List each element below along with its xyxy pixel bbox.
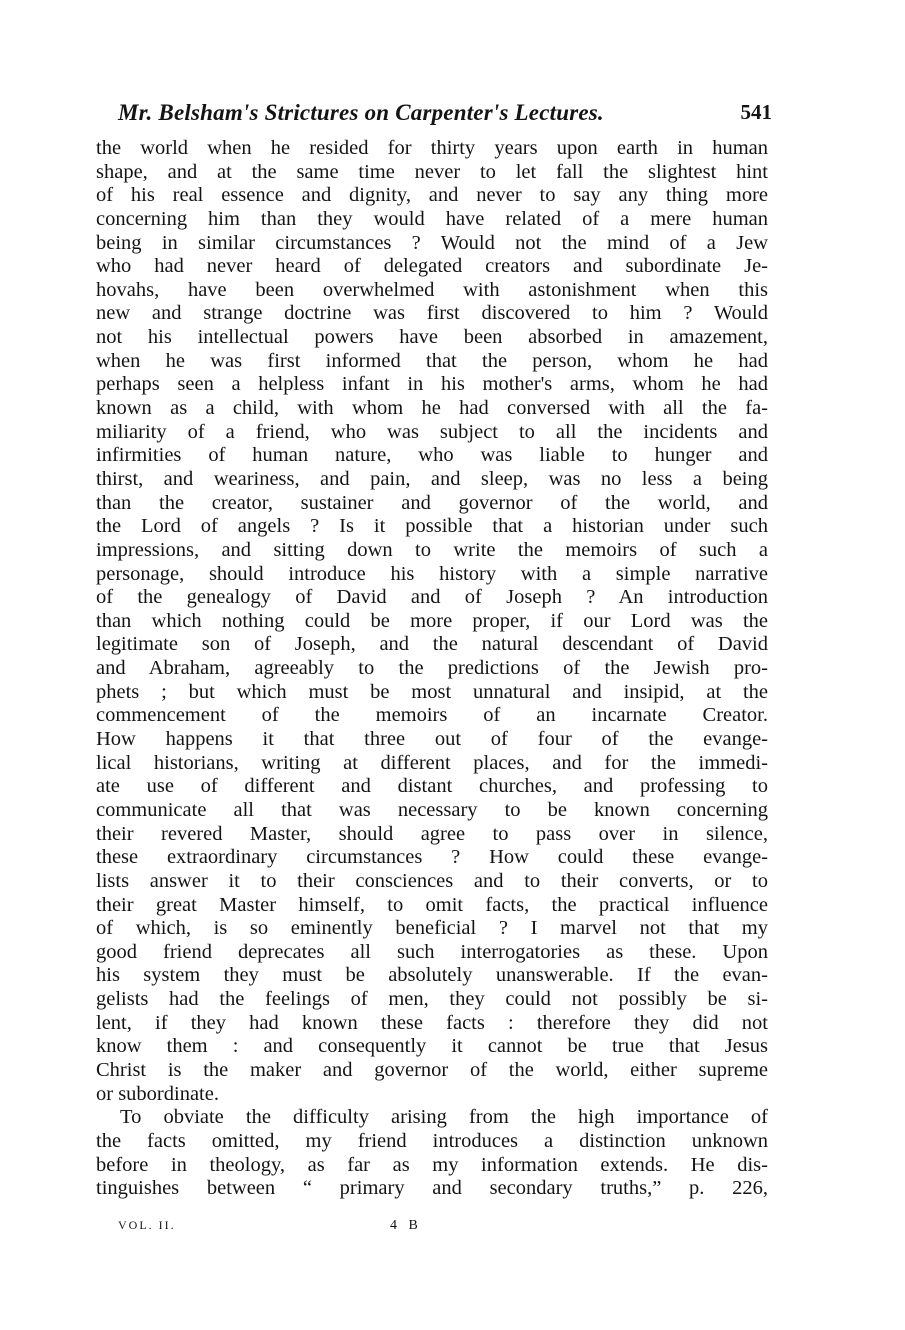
text-line: not his intellectual powers have been ab… xyxy=(96,326,768,350)
page-footer: VOL. II. 4 B xyxy=(118,1218,478,1238)
text-line: known as a child, with whom he had conve… xyxy=(96,397,768,421)
text-line: his system they must be absolutely unans… xyxy=(96,964,768,988)
text-line: than the creator, sustainer and governor… xyxy=(96,492,768,516)
text-line: being in similar circumstances ? Would n… xyxy=(96,232,768,256)
text-line: concerning him than they would have rela… xyxy=(96,208,768,232)
text-line: To obviate the difficulty arising from t… xyxy=(96,1106,768,1130)
text-line: How happens it that three out of four of… xyxy=(96,728,768,752)
book-page: Mr. Belsham's Strictures on Carpenter's … xyxy=(0,0,905,1330)
text-line: the Lord of angels ? Is it possible that… xyxy=(96,515,768,539)
text-line: commencement of the memoirs of an incarn… xyxy=(96,704,768,728)
text-line: their great Master himself, to omit fact… xyxy=(96,894,768,918)
text-line: personage, should introduce his history … xyxy=(96,563,768,587)
text-line: good friend deprecates all such interrog… xyxy=(96,941,768,965)
text-line: Christ is the maker and governor of the … xyxy=(96,1059,768,1083)
text-line: shape, and at the same time never to let… xyxy=(96,161,768,185)
text-line: know them : and consequently it cannot b… xyxy=(96,1035,768,1059)
paragraph-2: To obviate the difficulty arising from t… xyxy=(96,1106,768,1201)
volume-signature: VOL. II. xyxy=(118,1218,176,1233)
text-line: when he was first informed that the pers… xyxy=(96,350,768,374)
text-line: or subordinate. xyxy=(96,1083,768,1107)
text-line: lent, if they had known these facts : th… xyxy=(96,1012,768,1036)
text-line: the facts omitted, my friend introduces … xyxy=(96,1130,768,1154)
paragraph-1: the world when he resided for thirty yea… xyxy=(96,137,768,1106)
text-line: lists answer it to their consciences and… xyxy=(96,870,768,894)
text-line: perhaps seen a helpless infant in his mo… xyxy=(96,373,768,397)
running-title: Mr. Belsham's Strictures on Carpenter's … xyxy=(118,100,604,126)
text-line: legitimate son of Joseph, and the natura… xyxy=(96,633,768,657)
text-line: and Abraham, agreeably to the prediction… xyxy=(96,657,768,681)
text-line: who had never heard of delegated creator… xyxy=(96,255,768,279)
text-line: communicate all that was necessary to be… xyxy=(96,799,768,823)
text-line: tinguishes between “ primary and seconda… xyxy=(96,1177,768,1201)
page-header: Mr. Belsham's Strictures on Carpenter's … xyxy=(118,100,770,130)
text-line: these extraordinary circumstances ? How … xyxy=(96,846,768,870)
body-text: the world when he resided for thirty yea… xyxy=(96,137,768,1201)
text-line: hovahs, have been overwhelmed with aston… xyxy=(96,279,768,303)
text-line: phets ; but which must be most unnatural… xyxy=(96,681,768,705)
text-line: impressions, and sitting down to write t… xyxy=(96,539,768,563)
text-line: thirst, and weariness, and pain, and sle… xyxy=(96,468,768,492)
sheet-signature: 4 B xyxy=(390,1218,422,1234)
text-line: of his real essence and dignity, and nev… xyxy=(96,184,768,208)
text-line: ate use of different and distant churche… xyxy=(96,775,768,799)
text-line: of the genealogy of David and of Joseph … xyxy=(96,586,768,610)
text-line: their revered Master, should agree to pa… xyxy=(96,823,768,847)
text-line: than which nothing could be more proper,… xyxy=(96,610,768,634)
text-line: before in theology, as far as my informa… xyxy=(96,1154,768,1178)
text-line: infirmities of human nature, who was lia… xyxy=(96,444,768,468)
text-line: lical historians, writing at different p… xyxy=(96,752,768,776)
page-number: 541 xyxy=(741,100,773,125)
text-line: new and strange doctrine was first disco… xyxy=(96,302,768,326)
text-line: the world when he resided for thirty yea… xyxy=(96,137,768,161)
text-line: miliarity of a friend, who was subject t… xyxy=(96,421,768,445)
text-line: of which, is so eminently beneficial ? I… xyxy=(96,917,768,941)
text-line: gelists had the feelings of men, they co… xyxy=(96,988,768,1012)
